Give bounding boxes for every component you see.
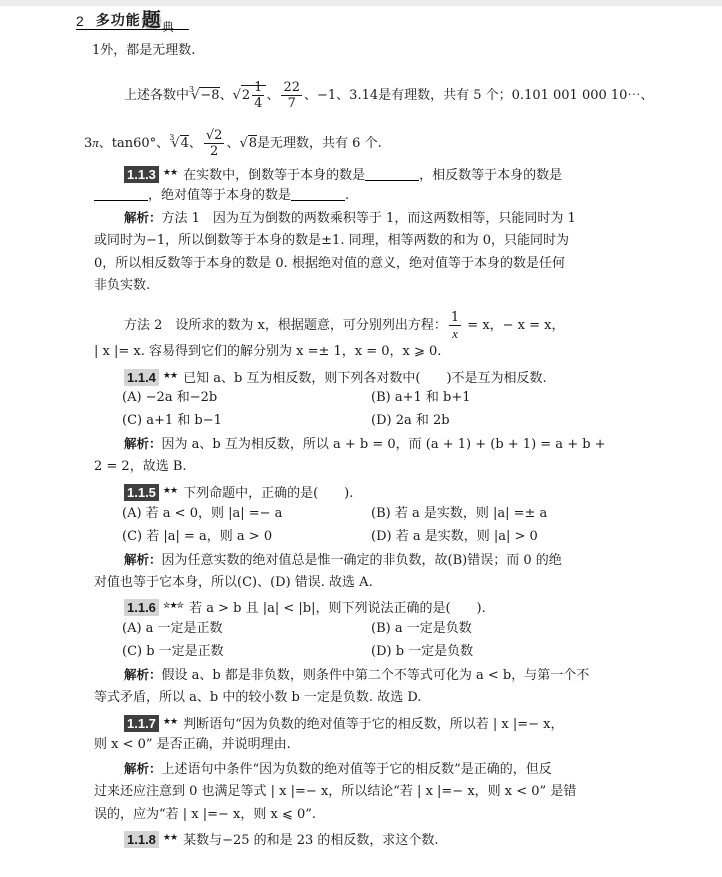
solution-line: 2 = 2，故选 B. (94, 458, 187, 476)
solution-text: 假设 a、b 都是非负数，则条件中第二个不等式可化为 a < b，与第一个不 (162, 668, 590, 683)
book-title-tail: 典 (162, 20, 174, 34)
difficulty-stars-icon: ★★ (163, 833, 177, 843)
problem-badge: 1.1.8 (124, 831, 159, 848)
option-c: (C) a+1 和 b−1 (122, 412, 222, 430)
problem-1-1-6-line: 1.1.6✮★✮若 a > b 且 |a| < |b|，则下列说法正确的是( )… (124, 597, 486, 618)
solution-line: 非负实数. (94, 277, 150, 295)
top-edge-shade (0, 0, 722, 6)
intro-irrational-line: 3π、tan60°、3√4、√22、√8是无理数，共有 6 个. (84, 128, 382, 159)
difficulty-stars-icon: ★★ (163, 168, 177, 178)
problem-1-1-3-line-1: 1.1.3★★在实数中，倒数等于本身的数是，相反数等于本身的数是 (124, 164, 562, 185)
solution-text: 方法 1 因为互为倒数的两数乘积等于 1，而这两数相等，只能同时为 1 (162, 211, 576, 226)
option-d: (D) b 一定是负数 (371, 643, 473, 661)
intro-irrational-tail: 是无理数，共有 6 个. (257, 136, 382, 151)
solution-text: 因为 a、b 互为相反数，所以 a + b = 0，而 (a + 1) + (b… (162, 437, 606, 452)
problem-badge: 1.1.5 (124, 484, 159, 501)
problem-text: ，相反数等于本身的数是 (419, 168, 562, 183)
option-c: (C) b 一定是正数 (122, 643, 224, 661)
difficulty-stars-icon: ★★ (163, 371, 177, 381)
solution-label: 解析： (124, 761, 162, 776)
problem-badge: 1.1.7 (124, 715, 159, 732)
solution-method-2-line: 方法 2 设所求的数为 x，根据题意，可分别列出方程：1x = x，− x = … (124, 310, 565, 341)
solution-line: 对值也等于它本身，所以(C)、(D) 错误. 故选 A. (94, 574, 373, 592)
problem-1-1-7-line-1: 1.1.7★★判断语句“因为负数的绝对值等于它的相反数，所以若 | x |=− … (124, 713, 563, 734)
solution-line: 或同时为−1，所以倒数等于本身的数是±1. 同理，相等两数的和为 0，只能同时为 (94, 232, 569, 250)
problem-1-1-3-line-2: ，绝对值等于本身的数是. (94, 187, 349, 205)
problem-1-1-5-line: 1.1.5★★下列命题中，正确的是( ). (124, 482, 353, 503)
problem-1-1-4-line: 1.1.4★★已知 a、b 互为相反数，则下列各对数中( )不是互为相反数. (124, 367, 547, 388)
option-a: (A) a 一定是正数 (122, 620, 223, 638)
option-b: (B) 若 a 是实数，则 |a| =± a (371, 505, 547, 523)
option-d: (D) 若 a 是实数，则 |a| > 0 (371, 528, 538, 546)
solution-line: 误的，应为“若 | x |=− x，则 x ⩽ 0”. (94, 806, 316, 824)
problem-1-1-7-line-2: 则 x < 0” 是否正确，并说明理由. (94, 736, 291, 754)
book-title: 多功能 (96, 12, 141, 30)
book-title-emphasis: 题 (141, 10, 162, 30)
intro-rational-lead: 上述各数中 (124, 88, 189, 103)
problem-text: 下列命题中，正确的是( ). (183, 486, 353, 501)
solution-line: 等式矛盾，所以 a、b 中的较小数 b 一定是负数. 故选 D. (94, 689, 421, 707)
problem-text: 在实数中，倒数等于本身的数是 (183, 168, 365, 183)
problem-text: ，绝对值等于本身的数是 (148, 188, 291, 203)
header-rule (76, 29, 189, 30)
problem-1-1-8-line: 1.1.8★★某数与−25 的和是 23 的相反数，求这个数. (124, 829, 439, 850)
solution-label: 解析： (124, 210, 162, 225)
answer-blank-1[interactable] (365, 168, 419, 181)
solution-line: | x |= x. 容易得到它们的解分别为 x =± 1，x = 0，x ⩾ 0… (94, 343, 441, 361)
answer-blank-2[interactable] (94, 188, 148, 201)
intro-rational-tail: 是有理数，共有 5 个；0.101 001 000 10⋯、 (378, 88, 653, 103)
solution-line: 解析：因为 a、b 互为相反数，所以 a + b = 0，而 (a + 1) +… (124, 435, 606, 454)
solution-line: 解析：因为任意实数的绝对值总是惟一确定的非负数，故(B)错误；而 0 的绝 (124, 551, 562, 570)
problem-text: 已知 a、b 互为相反数，则下列各对数中( )不是互为相反数. (183, 371, 547, 386)
solution-line: 0，所以相反数等于本身的数是 0. 根据绝对值的意义，绝对值等于本身的数是任何 (94, 255, 565, 273)
option-b: (B) a+1 和 b+1 (371, 389, 471, 407)
solution-label: 解析： (124, 436, 162, 451)
difficulty-stars-icon: ★★ (163, 717, 177, 727)
solution-text: 上述语句中条件“因为负数的绝对值等于它的相反数”是正确的，但反 (162, 762, 552, 777)
solution-line: 解析：假设 a、b 都是非负数，则条件中第二个不等式可化为 a < b，与第一个… (124, 666, 589, 685)
answer-blank-3[interactable] (291, 188, 345, 201)
problem-text: 某数与−25 的和是 23 的相反数，求这个数. (183, 833, 439, 848)
solution-line: 过来还应注意到 0 也满足等式 | x |=− x，所以结论“若 | x |=−… (94, 783, 576, 801)
solution-line: 解析：方法 1 因为互为倒数的两数乘积等于 1，而这两数相等，只能同时为 1 (124, 209, 576, 228)
solution-text: 方法 2 设所求的数为 x，根据题意，可分别列出方程： (124, 318, 447, 333)
option-d: (D) 2a 和 2b (371, 412, 450, 430)
solution-line: 解析：上述语句中条件“因为负数的绝对值等于它的相反数”是正确的，但反 (124, 760, 552, 779)
problem-badge: 1.1.4 (124, 369, 159, 386)
page-header: 2 多功能 题 典 (76, 8, 174, 30)
option-c: (C) 若 |a| = a，则 a > 0 (122, 528, 272, 546)
solution-text: 因为任意实数的绝对值总是惟一确定的非负数，故(B)错误；而 0 的绝 (162, 553, 562, 568)
problem-text: . (345, 188, 349, 203)
option-a: (A) −2a 和−2b (122, 389, 217, 407)
difficulty-stars-icon: ✮★✮ (163, 601, 183, 611)
solution-label: 解析： (124, 552, 162, 567)
intro-rational-line: 上述各数中3√−8、√214、227、−1、3.14是有理数，共有 5 个；0.… (124, 80, 653, 111)
page-number: 2 (76, 12, 84, 30)
problem-text: 判断语句“因为负数的绝对值等于它的相反数，所以若 | x |=− x， (183, 717, 563, 732)
solution-text: = x，− x = x， (467, 318, 564, 333)
problem-badge: 1.1.6 (124, 599, 159, 616)
problem-badge: 1.1.3 (124, 166, 159, 183)
option-a: (A) 若 a < 0，则 |a| =− a (122, 505, 282, 523)
problem-text: 若 a > b 且 |a| < |b|，则下列说法正确的是( ). (189, 601, 486, 616)
difficulty-stars-icon: ★★ (163, 486, 177, 496)
option-b: (B) a 一定是负数 (371, 620, 472, 638)
intro-line-1: 1外，都是无理数. (92, 42, 195, 60)
solution-label: 解析： (124, 667, 162, 682)
